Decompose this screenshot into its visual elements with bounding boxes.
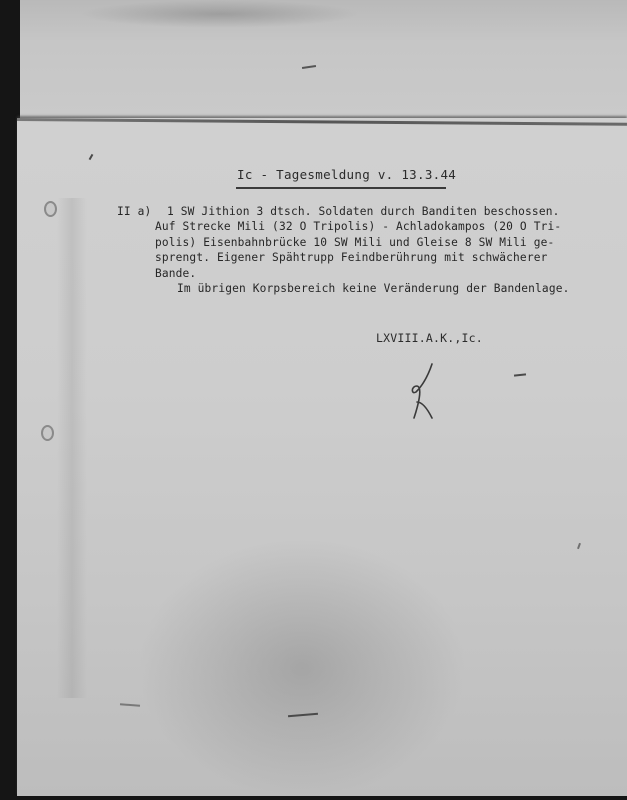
report-body: II a)1 SW Jithion 3 dtsch. Soldaten durc…: [117, 204, 569, 296]
report-line: polis) Eisenbahnbrücke 10 SW Mili und Gl…: [117, 235, 569, 250]
punch-hole-top: [44, 201, 57, 217]
report-line-text: 1 SW Jithion 3 dtsch. Soldaten durch Ban…: [167, 205, 559, 218]
fold-shadow: [57, 198, 87, 698]
title-underline: [236, 187, 446, 189]
scan-smudge: [137, 538, 467, 798]
report-title: Ic - Tagesmeldung v. 13.3.44: [237, 167, 456, 182]
report-line: Bande.: [117, 266, 569, 281]
report-line: II a)1 SW Jithion 3 dtsch. Soldaten durc…: [117, 204, 569, 219]
report-line: sprengt. Eigener Spähtrupp Feindberührun…: [117, 250, 569, 265]
signature-block: LXVIII.A.K.,Ic.: [376, 331, 483, 345]
handwritten-initial-icon: [408, 362, 438, 422]
stray-mark: [302, 65, 316, 69]
punch-hole-bottom: [41, 425, 54, 441]
report-line: Im übrigen Korpsbereich keine Veränderun…: [117, 281, 569, 296]
section-label: II a): [117, 204, 167, 219]
report-line: Auf Strecke Mili (32 O Tripolis) - Achla…: [117, 219, 569, 234]
scan-shadow: [80, 0, 360, 28]
